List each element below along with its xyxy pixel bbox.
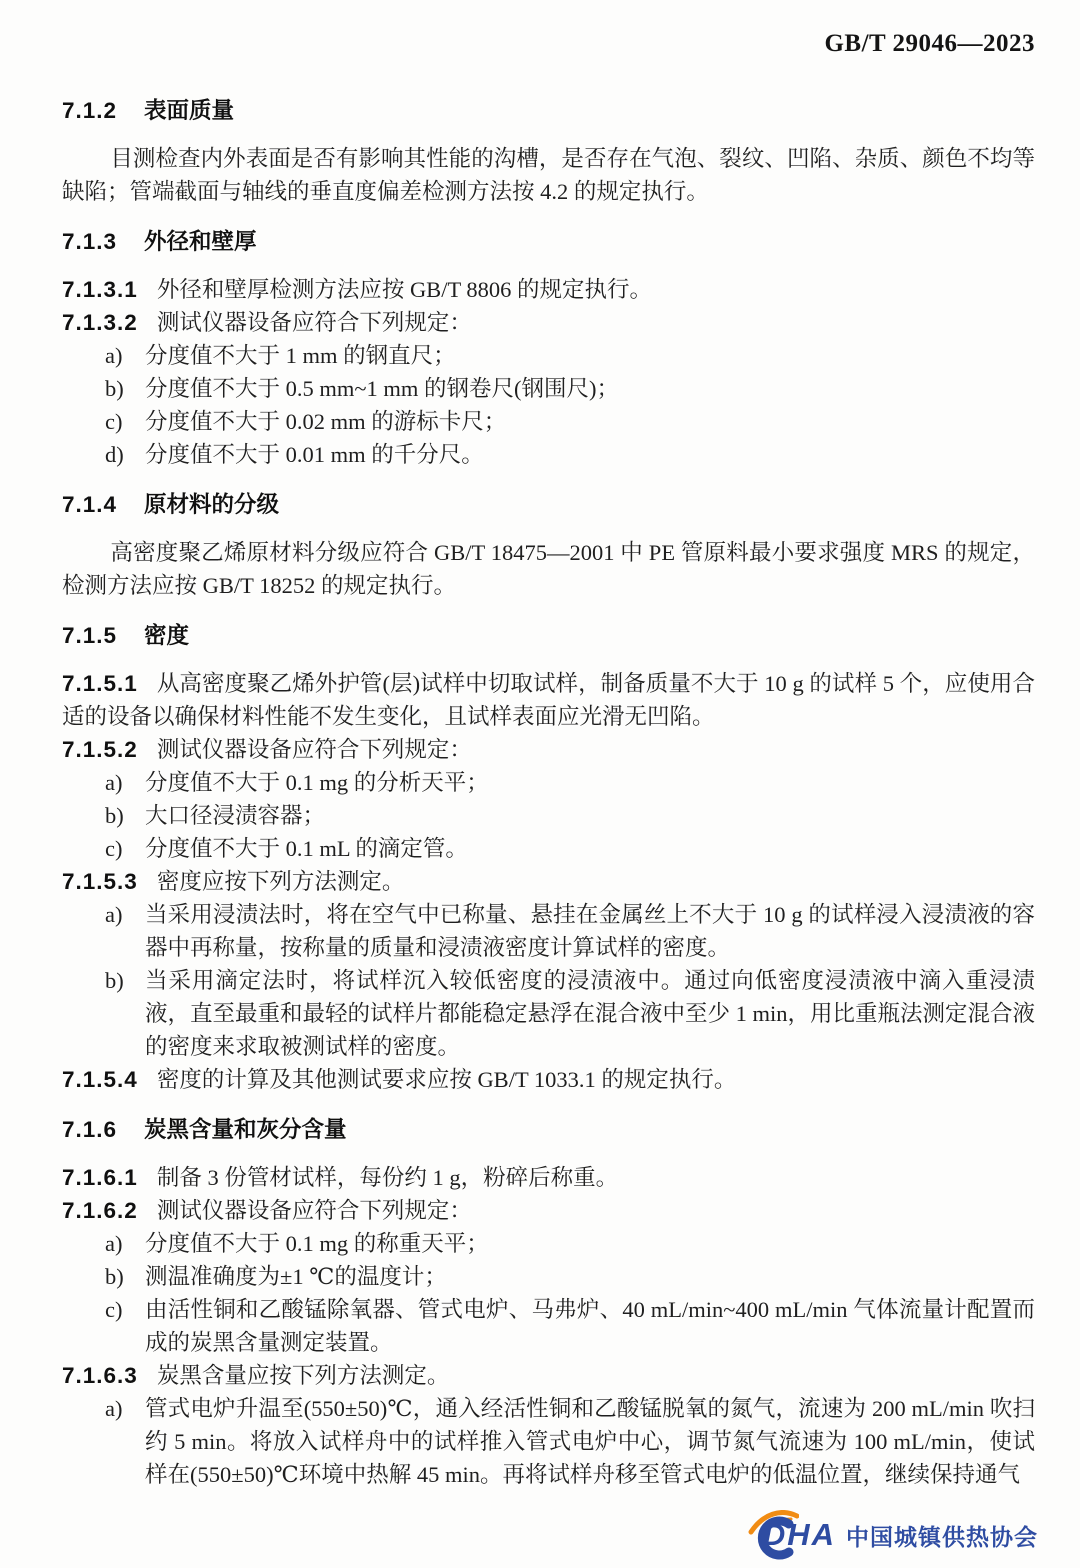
- heading-number: 7.1.6: [62, 1117, 117, 1142]
- document-body: 7.1.2表面质量目测检查内外表面是否有影响其性能的沟槽，是否存在气泡、裂纹、凹…: [62, 94, 1035, 1491]
- clause: 7.1.5.4密度的计算及其他测试要求应按 GB/T 1033.1 的规定执行。: [62, 1063, 1035, 1096]
- heading-title: 密度: [144, 623, 189, 648]
- list-marker: a): [105, 898, 145, 964]
- list-item: c)分度值不大于 0.02 mm 的游标卡尺；: [62, 405, 1035, 438]
- list-marker: b): [105, 372, 145, 405]
- list-item-text: 由活性铜和乙酸锰除氧器、管式电炉、马弗炉、40 mL/min~400 mL/mi…: [145, 1293, 1035, 1359]
- list-item: a)分度值不大于 0.1 mg 的分析天平；: [62, 766, 1035, 799]
- clause-text: 测试仪器设备应符合下列规定：: [157, 737, 472, 762]
- heading-number: 7.1.2: [62, 98, 117, 123]
- list-item-text: 分度值不大于 0.1 mg 的分析天平；: [145, 766, 1035, 799]
- list-marker: a): [105, 1392, 145, 1491]
- list-item: b)大口径浸渍容器；: [62, 799, 1035, 832]
- clause-text: 外径和壁厚检测方法应按 GB/T 8806 的规定执行。: [157, 277, 652, 302]
- list-item-text: 分度值不大于 0.5 mm~1 mm 的钢卷尺(钢围尺)；: [145, 372, 1035, 405]
- clause-text: 从高密度聚乙烯外护管(层)试样中切取试样，制备质量不大于 10 g 的试样 5 …: [62, 671, 1035, 729]
- heading-title: 表面质量: [144, 98, 234, 123]
- dha-logo-name: 中国城镇供热协会: [846, 1519, 1038, 1552]
- list-marker: a): [105, 339, 145, 372]
- heading-title: 炭黑含量和灰分含量: [144, 1117, 347, 1142]
- section-heading: 7.1.2表面质量: [62, 94, 1035, 127]
- paragraph: 目测检查内外表面是否有影响其性能的沟槽，是否存在气泡、裂纹、凹陷、杂质、颜色不均…: [62, 142, 1035, 208]
- clause-text: 密度应按下列方法测定。: [157, 869, 405, 894]
- document-page: GB/T 29046—2023 7.1.2表面质量目测检查内外表面是否有影响其性…: [0, 0, 1080, 1568]
- running-header: GB/T 29046—2023: [62, 30, 1035, 58]
- clause-number: 7.1.6.2: [62, 1198, 138, 1223]
- standard-number: GB/T 29046—2023: [824, 30, 1035, 57]
- clause-number: 7.1.3.1: [62, 277, 138, 302]
- list-marker: c): [105, 405, 145, 438]
- section-heading: 7.1.3外径和壁厚: [62, 225, 1035, 258]
- clause: 7.1.6.3炭黑含量应按下列方法测定。: [62, 1359, 1035, 1392]
- heading-number: 7.1.5: [62, 623, 117, 648]
- list-marker: a): [105, 1227, 145, 1260]
- dha-logo-abbr: DHA: [763, 1517, 836, 1553]
- clause-number: 7.1.5.1: [62, 671, 138, 696]
- list-item: d)分度值不大于 0.01 mm 的千分尺。: [62, 438, 1035, 471]
- dha-logo-mark: [747, 1510, 799, 1560]
- list-item: c)由活性铜和乙酸锰除氧器、管式电炉、马弗炉、40 mL/min~400 mL/…: [62, 1293, 1035, 1359]
- section-heading: 7.1.4原材料的分级: [62, 488, 1035, 521]
- list-item: b)测温准确度为±1 ℃的温度计；: [62, 1260, 1035, 1293]
- clause-text: 测试仪器设备应符合下列规定：: [157, 310, 472, 335]
- clause-text: 制备 3 份管材试样，每份约 1 g，粉碎后称重。: [157, 1165, 618, 1190]
- heading-number: 7.1.4: [62, 492, 117, 517]
- list-item-text: 当采用浸渍法时，将在空气中已称量、悬挂在金属丝上不大于 10 g 的试样浸入浸渍…: [145, 898, 1035, 964]
- clause-number: 7.1.5.4: [62, 1067, 138, 1092]
- clause: 7.1.3.2测试仪器设备应符合下列规定：: [62, 306, 1035, 339]
- list-item: a)当采用浸渍法时，将在空气中已称量、悬挂在金属丝上不大于 10 g 的试样浸入…: [62, 898, 1035, 964]
- section-heading: 7.1.6炭黑含量和灰分含量: [62, 1113, 1035, 1146]
- paragraph: 高密度聚乙烯原材料分级应符合 GB/T 18475—2001 中 PE 管原料最…: [62, 536, 1035, 602]
- clause: 7.1.5.1从高密度聚乙烯外护管(层)试样中切取试样，制备质量不大于 10 g…: [62, 667, 1035, 733]
- list-marker: d): [105, 438, 145, 471]
- clause: 7.1.6.2测试仪器设备应符合下列规定：: [62, 1194, 1035, 1227]
- section-heading: 7.1.5密度: [62, 619, 1035, 652]
- list-item-text: 测温准确度为±1 ℃的温度计；: [145, 1260, 1035, 1293]
- clause-text: 炭黑含量应按下列方法测定。: [157, 1363, 450, 1388]
- clause-number: 7.1.3.2: [62, 310, 138, 335]
- list-marker: b): [105, 1260, 145, 1293]
- list-item-text: 分度值不大于 0.01 mm 的千分尺。: [145, 438, 1035, 471]
- clause: 7.1.5.2测试仪器设备应符合下列规定：: [62, 733, 1035, 766]
- list-marker: b): [105, 799, 145, 832]
- list-item: b)分度值不大于 0.5 mm~1 mm 的钢卷尺(钢围尺)；: [62, 372, 1035, 405]
- list-item: c)分度值不大于 0.1 mL 的滴定管。: [62, 832, 1035, 865]
- dha-logo: DHA 中国城镇供热协会: [747, 1510, 1038, 1560]
- heading-title: 原材料的分级: [144, 492, 279, 517]
- list-item-text: 分度值不大于 0.02 mm 的游标卡尺；: [145, 405, 1035, 438]
- clause-number: 7.1.6.3: [62, 1363, 138, 1388]
- list-item: b)当采用滴定法时，将试样沉入较低密度的浸渍液中。通过向低密度浸渍液中滴入重浸渍…: [62, 964, 1035, 1063]
- clause: 7.1.3.1外径和壁厚检测方法应按 GB/T 8806 的规定执行。: [62, 273, 1035, 306]
- clause: 7.1.5.3密度应按下列方法测定。: [62, 865, 1035, 898]
- clause: 7.1.6.1制备 3 份管材试样，每份约 1 g，粉碎后称重。: [62, 1161, 1035, 1194]
- list-item-text: 管式电炉升温至(550±50)℃，通入经活性铜和乙酸锰脱氧的氮气，流速为 200…: [145, 1392, 1035, 1491]
- list-marker: a): [105, 766, 145, 799]
- list-marker: c): [105, 832, 145, 865]
- list-item: a)分度值不大于 1 mm 的钢直尺；: [62, 339, 1035, 372]
- clause-number: 7.1.6.1: [62, 1165, 138, 1190]
- list-marker: b): [105, 964, 145, 1063]
- clause-text: 测试仪器设备应符合下列规定：: [157, 1198, 472, 1223]
- list-item-text: 分度值不大于 0.1 mg 的称重天平；: [145, 1227, 1035, 1260]
- list-marker: c): [105, 1293, 145, 1359]
- list-item: a)管式电炉升温至(550±50)℃，通入经活性铜和乙酸锰脱氧的氮气，流速为 2…: [62, 1392, 1035, 1491]
- list-item-text: 分度值不大于 1 mm 的钢直尺；: [145, 339, 1035, 372]
- list-item-text: 当采用滴定法时，将试样沉入较低密度的浸渍液中。通过向低密度浸渍液中滴入重浸渍液，…: [145, 964, 1035, 1063]
- list-item-text: 大口径浸渍容器；: [145, 799, 1035, 832]
- heading-number: 7.1.3: [62, 229, 117, 254]
- clause-number: 7.1.5.3: [62, 869, 138, 894]
- clause-text: 密度的计算及其他测试要求应按 GB/T 1033.1 的规定执行。: [157, 1067, 737, 1092]
- clause-number: 7.1.5.2: [62, 737, 138, 762]
- heading-title: 外径和壁厚: [144, 229, 257, 254]
- list-item-text: 分度值不大于 0.1 mL 的滴定管。: [145, 832, 1035, 865]
- list-item: a)分度值不大于 0.1 mg 的称重天平；: [62, 1227, 1035, 1260]
